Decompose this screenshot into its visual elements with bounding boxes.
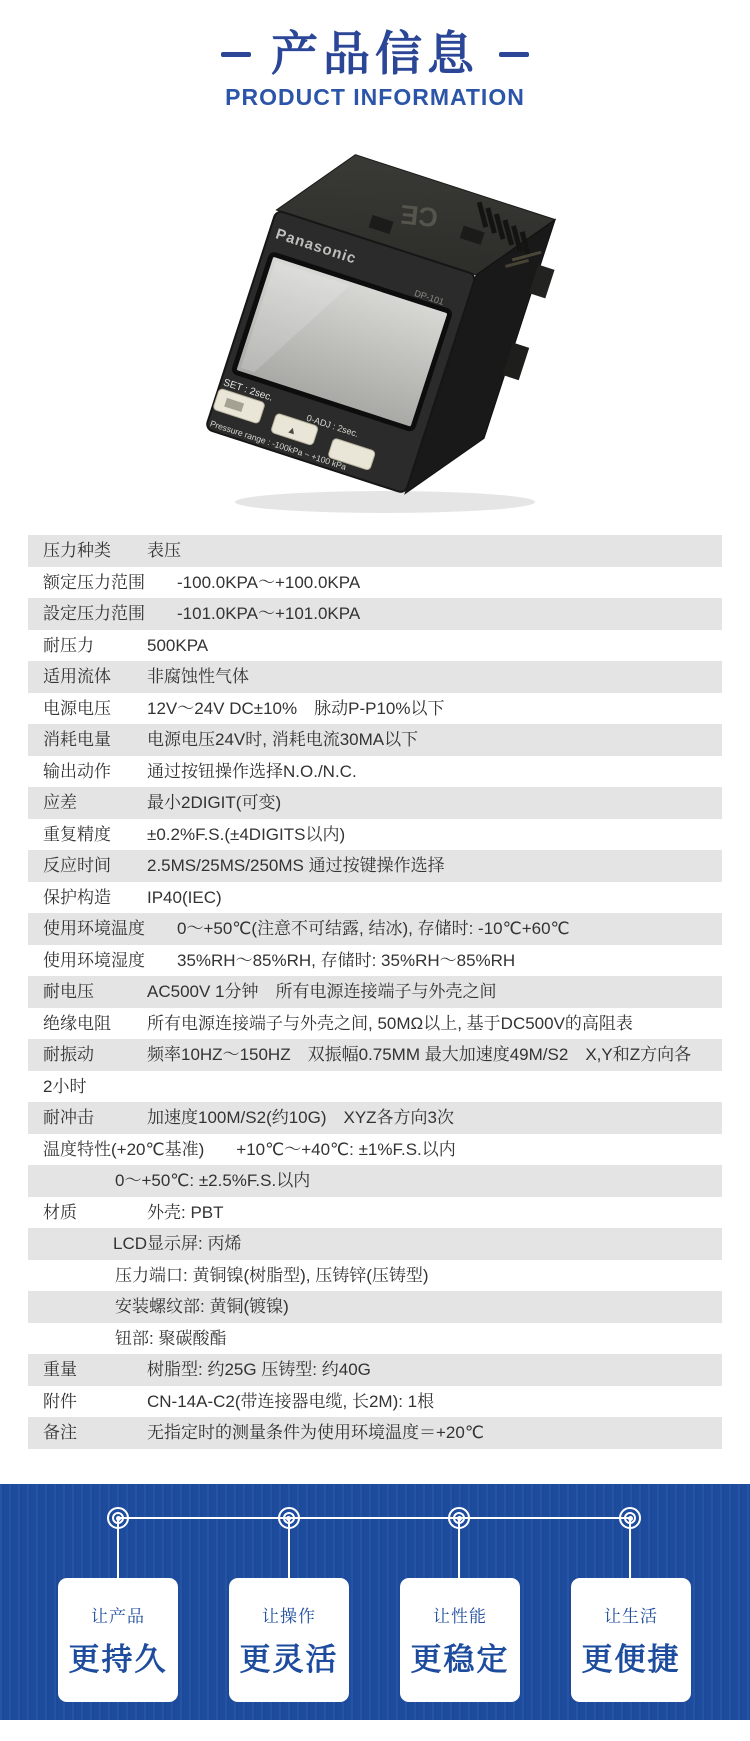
- spec-label: 适用流体: [43, 661, 147, 693]
- spec-row: 适用流体非腐蚀性气体: [28, 661, 722, 693]
- benefit-card-main: 更灵活: [229, 1634, 349, 1679]
- benefit-card-top: 让生活: [571, 1602, 691, 1627]
- spec-value: -101.0KPA～+101.0KPA: [177, 598, 360, 630]
- spec-label: 耐振动: [43, 1039, 147, 1071]
- spec-value: 非腐蚀性气体: [147, 661, 249, 693]
- product-photo: CE Panasonic DP-101: [195, 112, 565, 520]
- spec-label: 使用环境温度: [43, 913, 177, 945]
- benefit-card: 让操作更灵活: [229, 1578, 349, 1702]
- spec-value: 所有电源连接端子与外壳之间, 50MΩ以上, 基于DC500V的高阻表: [147, 1008, 633, 1040]
- spec-label: 应差: [43, 787, 147, 819]
- spec-value: IP40(IEC): [147, 882, 222, 914]
- spec-row: 0～+50℃: ±2.5%F.S.以内: [28, 1165, 722, 1197]
- title-row: 产品信息: [0, 28, 750, 80]
- spec-value: 压力端口: 黄铜镍(树脂型), 压铸锌(压铸型): [115, 1260, 429, 1292]
- benefit-cards: 让产品更持久让操作更灵活让性能更稳定让生活更便捷: [58, 1578, 691, 1702]
- spec-value: 安装螺纹部: 黄铜(镀镍): [115, 1291, 289, 1323]
- spec-row: 备注无指定时的测量条件为使用环境温度＝+20℃: [28, 1417, 722, 1449]
- timeline-line: [118, 1517, 630, 1519]
- connector-line: [288, 1518, 290, 1578]
- spec-value: 通过按钮操作选择N.O./N.C.: [147, 756, 357, 788]
- spec-label: 耐压力: [43, 630, 147, 662]
- spec-value: 12V～24V DC±10% 脉动P-P10%以下: [147, 693, 445, 725]
- spec-value: CN-14A-C2(带连接器电缆, 长2M): 1根: [147, 1386, 434, 1418]
- spec-label: 电源电压: [43, 693, 147, 725]
- spec-row: 使用环境湿度35%RH～85%RH, 存储时: 35%RH～85%RH: [28, 945, 722, 977]
- connector-line: [629, 1518, 631, 1578]
- spec-label: 重复精度: [43, 819, 147, 851]
- benefit-card: 让生活更便捷: [571, 1578, 691, 1702]
- ce-mark: CE: [399, 199, 439, 233]
- spec-row: 重量树脂型: 约25G 压铸型: 约40G: [28, 1354, 722, 1386]
- spec-value: 0～+50℃(注意不可结露, 结冰), 存储时: -10℃+60℃: [177, 913, 570, 945]
- spec-table: 压力种类表压额定压力范围-100.0KPA～+100.0KPA設定压力范围-10…: [28, 535, 722, 1449]
- spec-value: -100.0KPA～+100.0KPA: [177, 567, 360, 599]
- benefit-card-top: 让操作: [229, 1602, 349, 1627]
- spec-row: 材质外壳: PBT: [28, 1197, 722, 1229]
- spec-value: 无指定时的测量条件为使用环境温度＝+20℃: [147, 1417, 484, 1449]
- title-dash-left: [221, 52, 251, 57]
- benefit-card-main: 更稳定: [400, 1634, 520, 1679]
- spec-label: 消耗电量: [43, 724, 147, 756]
- page-title: 产品信息: [271, 28, 479, 80]
- benefit-card-main: 更便捷: [571, 1634, 691, 1679]
- spec-row: 压力种类表压: [28, 535, 722, 567]
- spec-value: +10℃～+40℃: ±1%F.S.以内: [236, 1134, 456, 1166]
- spec-label: 压力种类: [43, 535, 147, 567]
- title-dash-right: [499, 52, 529, 57]
- spec-value: 表压: [147, 535, 181, 567]
- spec-row: 耐电压AC500V 1分钟 所有电源连接端子与外壳之间: [28, 976, 722, 1008]
- spec-row: 温度特性(+20℃基准)+10℃～+40℃: ±1%F.S.以内: [28, 1134, 722, 1166]
- spec-value: 钮部: 聚碳酸酯: [115, 1323, 226, 1355]
- spec-value: LCD显示屏: 丙烯: [113, 1228, 241, 1260]
- spec-label: 备注: [43, 1417, 147, 1449]
- spec-row: 耐冲击加速度100M/S2(约10G) XYZ各方向3次: [28, 1102, 722, 1134]
- footer: 让产品更持久让操作更灵活让性能更稳定让生活更便捷: [0, 1484, 750, 1720]
- spec-row: 输出动作通过按钮操作选择N.O./N.C.: [28, 756, 722, 788]
- spec-label: 使用环境湿度: [43, 945, 177, 977]
- page-subtitle: PRODUCT INFORMATION: [0, 84, 750, 111]
- pressure-sensor-illustration: CE Panasonic DP-101: [195, 112, 565, 520]
- spec-row: 应差最小2DIGIT(可变): [28, 787, 722, 819]
- benefit-card-top: 让产品: [58, 1602, 178, 1627]
- spec-row: 2小时: [28, 1071, 722, 1103]
- spec-row: 保护构造IP40(IEC): [28, 882, 722, 914]
- spec-row: 設定压力范围-101.0KPA～+101.0KPA: [28, 598, 722, 630]
- benefit-card: 让性能更稳定: [400, 1578, 520, 1702]
- spec-value: 35%RH～85%RH, 存储时: 35%RH～85%RH: [177, 945, 515, 977]
- spec-row: 压力端口: 黄铜镍(树脂型), 压铸锌(压铸型): [28, 1260, 722, 1292]
- connector-line: [458, 1518, 460, 1578]
- spec-row: 反应时间2.5MS/25MS/250MS 通过按键操作选择: [28, 850, 722, 882]
- spec-row: 电源电压12V～24V DC±10% 脉动P-P10%以下: [28, 693, 722, 725]
- spec-value: 电源电压24V时, 消耗电流30MA以下: [147, 724, 418, 756]
- spec-value: 0～+50℃: ±2.5%F.S.以内: [115, 1165, 310, 1197]
- spec-label: 额定压力范围: [43, 567, 177, 599]
- spec-label: 耐冲击: [43, 1102, 147, 1134]
- spec-label: 設定压力范围: [43, 598, 177, 630]
- spec-value: 树脂型: 约25G 压铸型: 约40G: [147, 1354, 371, 1386]
- spec-label: 输出动作: [43, 756, 147, 788]
- header: 产品信息 PRODUCT INFORMATION: [0, 28, 750, 111]
- spec-row: 重复精度±0.2%F.S.(±4DIGITS以内): [28, 819, 722, 851]
- spec-row: 钮部: 聚碳酸酯: [28, 1323, 722, 1355]
- spec-label: 绝缘电阻: [43, 1008, 147, 1040]
- spec-label: 反应时间: [43, 850, 147, 882]
- photo-shadow: [235, 491, 535, 513]
- spec-value: AC500V 1分钟 所有电源连接端子与外壳之间: [147, 976, 497, 1008]
- spec-value: 2.5MS/25MS/250MS 通过按键操作选择: [147, 850, 445, 882]
- spec-row: LCD显示屏: 丙烯: [28, 1228, 722, 1260]
- spec-row: 耐振动频率10HZ～150HZ 双振幅0.75MM 最大加速度49M/S2 X,…: [28, 1039, 722, 1071]
- spec-value: 频率10HZ～150HZ 双振幅0.75MM 最大加速度49M/S2 X,Y和Z…: [147, 1039, 691, 1071]
- spec-row: 附件CN-14A-C2(带连接器电缆, 长2M): 1根: [28, 1386, 722, 1418]
- spec-row: 额定压力范围-100.0KPA～+100.0KPA: [28, 567, 722, 599]
- spec-label: 保护构造: [43, 882, 147, 914]
- spec-label: 重量: [43, 1354, 147, 1386]
- spec-row: 安装螺纹部: 黄铜(镀镍): [28, 1291, 722, 1323]
- spec-label: 温度特性(+20℃基准): [43, 1134, 236, 1166]
- spec-value: ±0.2%F.S.(±4DIGITS以内): [147, 819, 345, 851]
- spec-row: 耐压力500KPA: [28, 630, 722, 662]
- spec-value: 最小2DIGIT(可变): [147, 787, 281, 819]
- spec-value: 外壳: PBT: [147, 1197, 224, 1229]
- spec-label: 附件: [43, 1386, 147, 1418]
- spec-label: 材质: [43, 1197, 147, 1229]
- spec-row: 消耗电量电源电压24V时, 消耗电流30MA以下: [28, 724, 722, 756]
- spec-value: 2小时: [43, 1071, 86, 1103]
- product-info-page: 产品信息 PRODUCT INFORMATION: [0, 0, 750, 1741]
- spec-label: 耐电压: [43, 976, 147, 1008]
- benefit-card: 让产品更持久: [58, 1578, 178, 1702]
- spec-row: 使用环境温度0～+50℃(注意不可结露, 结冰), 存储时: -10℃+60℃: [28, 913, 722, 945]
- spec-value: 500KPA: [147, 630, 208, 662]
- benefit-card-top: 让性能: [400, 1602, 520, 1627]
- benefit-card-main: 更持久: [58, 1634, 178, 1679]
- connector-line: [117, 1518, 119, 1578]
- spec-row: 绝缘电阻所有电源连接端子与外壳之间, 50MΩ以上, 基于DC500V的高阻表: [28, 1008, 722, 1040]
- spec-value: 加速度100M/S2(约10G) XYZ各方向3次: [147, 1102, 454, 1134]
